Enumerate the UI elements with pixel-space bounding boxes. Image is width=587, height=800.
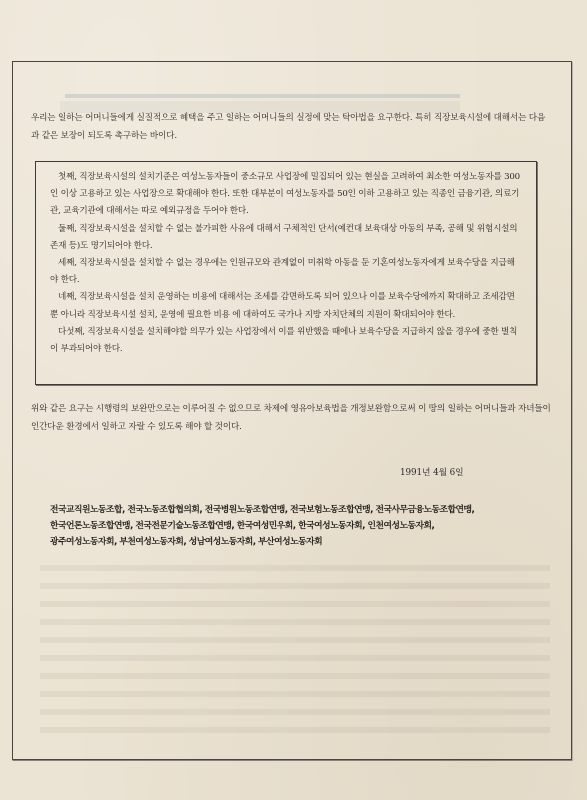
signatories-list: 전국교직원노동조합, 전국노동조합협의회, 전국병원노동조합연맹, 전국보험노동… (50, 502, 550, 550)
demand-item-5: 다섯째, 직장보육시설을 설치해야할 의무가 있는 사업장에서 이를 위반했을 … (50, 324, 522, 358)
signatories-line-2: 한국언론노동조합연맹, 전국전문기술노동조합연맹, 한국여성민우회, 한국여성노… (50, 518, 550, 534)
demands-box: 첫째, 직장보육시설의 설치기준은 여성노동자들이 중소규모 사업장에 밀집되어… (35, 161, 537, 385)
bleed-through-bar (65, 94, 460, 98)
document-date: 1991년 4월 6일 (400, 465, 464, 478)
intro-paragraph: 우리는 일하는 어머니들에게 실질적으로 혜택을 주고 일하는 어머니들의 실정… (31, 110, 551, 145)
signatories-line-3: 광주여성노동자회, 부천여성노동자회, 성남여성노동자회, 부산여성노동자회 (50, 534, 550, 550)
signatories-line-1: 전국교직원노동조합, 전국노동조합협의회, 전국병원노동조합연맹, 전국보험노동… (50, 502, 550, 518)
demand-item-2: 둘째, 직장보육시설을 설치할 수 없는 불가피한 사유에 대해서 구체적인 단… (50, 221, 522, 255)
demand-item-1: 첫째, 직장보육시설의 설치기준은 여성노동자들이 중소규모 사업장에 밀집되어… (50, 169, 522, 221)
conclusion-paragraph: 위와 같은 요구는 시행령의 보완만으로는 이루어질 수 없으므로 차제에 영유… (31, 401, 556, 436)
bleed-through-text (40, 565, 550, 745)
demand-item-4: 네째, 직장보육시설을 설치 운영하는 비용에 대해서는 조세를 감면하도록 되… (50, 289, 522, 323)
demand-item-3: 세째, 직장보육시설을 설치할 수 없는 경우에는 인원규모와 관계없이 미취학… (50, 255, 522, 289)
